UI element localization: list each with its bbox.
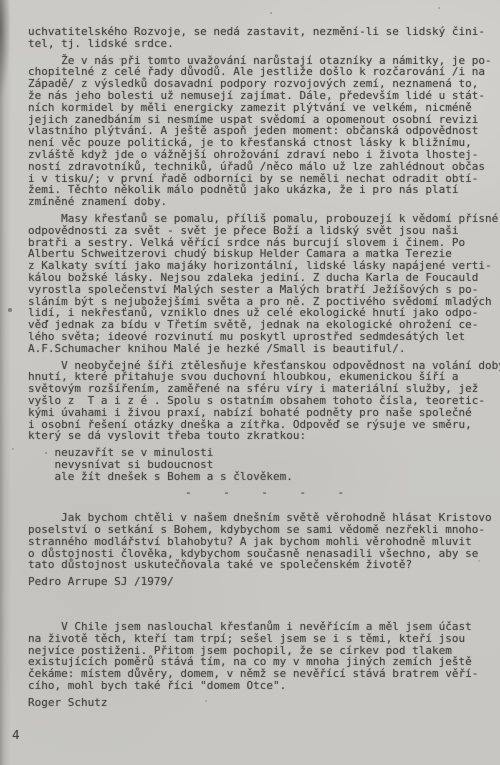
paragraph-intro-fragment: uchvatitelského Rozvoje, se nedá zastavi… [28, 26, 494, 50]
paper-specks [0, 0, 2, 2]
paragraph-ze-v-nas: Že v nás při tomto uvažování narůstají o… [28, 55, 494, 208]
document-text: uchvatitelského Rozvoje, se nedá zastavi… [28, 26, 494, 709]
scanned-document-page: uchvatitelského Rozvoje, se nedá zastavi… [0, 0, 500, 765]
attribution-pedro-arrupe: Pedro Arrupe SJ /1979/ [28, 576, 494, 588]
attribution-roger-schutz: Roger Schutz [28, 697, 494, 709]
paragraph-masy-krestanu: Masy křesťanů se pomalu, příliš pomalu, … [28, 213, 494, 355]
paragraph-v-chile: V Chile jsem naslouchal křesťanům i nevě… [28, 621, 494, 692]
dash-separator: - - - - - [185, 487, 494, 499]
paragraph-jak-bychom: Jak bychom chtěli v našem dnešním světě … [28, 512, 494, 571]
page-number: 4 [12, 727, 20, 742]
scan-corner-smudge [0, 0, 16, 150]
quote-motto-lines: neuzavřít se v minulosti nevysnívat si b… [28, 447, 494, 482]
paragraph-v-neobycejne-siri: V neobyčejné šíři ztělesňuje křesťanskou… [28, 360, 494, 443]
